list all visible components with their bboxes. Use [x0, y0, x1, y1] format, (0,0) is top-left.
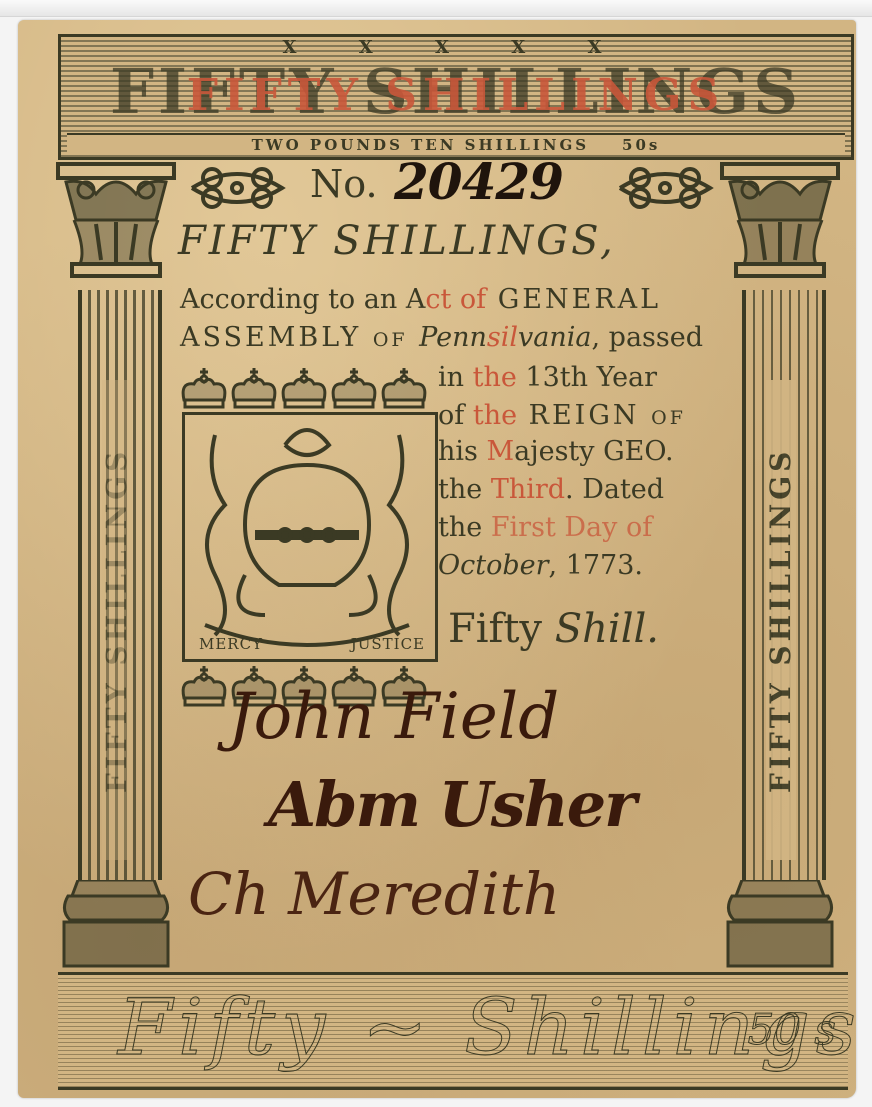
text-line-2: ASSEMBLY of Pennsilvania, passed	[180, 320, 703, 356]
floral-ornament-icon	[182, 160, 292, 215]
text: ajesty GEO.	[514, 436, 673, 467]
right-column: FIFTY SHILLINGS	[720, 160, 840, 980]
red-text: the	[473, 400, 517, 431]
signature-john-field: John Field	[228, 680, 559, 754]
text: of	[438, 400, 473, 431]
text: , 1773.	[549, 550, 643, 581]
coat-of-arms-seal: MERCY JUSTICE	[182, 412, 438, 662]
column-base-icon	[60, 880, 172, 970]
text-line-5: his Majesty GEO.	[438, 434, 674, 470]
red-text: Third	[491, 474, 565, 505]
text: the	[438, 512, 491, 543]
right-column-text: FIFTY SHILLINGS	[766, 380, 796, 860]
text: GENERAL	[486, 284, 661, 315]
text: 13th Year	[517, 362, 657, 393]
corinthian-capital-icon	[720, 160, 840, 280]
banknote: X X X X X FIFTY SHILLINGS FIFTY SHILLING…	[18, 20, 856, 1098]
text: Fifty	[448, 606, 555, 652]
text-line-1: According to an Act of GENERAL	[180, 282, 661, 318]
text-line-6: the Third. Dated	[438, 472, 664, 508]
column-base-icon	[724, 880, 836, 970]
denomination-heading: FIFTY SHILLINGS,	[178, 218, 616, 264]
number-label: No.	[310, 162, 378, 206]
subtitle-value: 50s	[622, 136, 660, 154]
crown-icon	[280, 366, 328, 410]
text-line-3: in the 13th Year	[438, 360, 657, 396]
text: Penn	[419, 322, 487, 353]
text: the	[438, 474, 491, 505]
text-line-7: the First Day of	[438, 510, 652, 546]
motto-justice: JUSTICE	[351, 635, 425, 653]
serial-number: 20429	[394, 152, 563, 211]
text-line-4: of the REIGN of	[438, 398, 686, 434]
text: REIGN of	[517, 400, 686, 431]
left-column-text: FIFTY SHILLINGS	[102, 380, 132, 860]
text: Shill.	[555, 606, 659, 652]
crown-row-top	[180, 366, 430, 412]
red-text: ct of	[425, 284, 486, 315]
red-text: the	[473, 362, 517, 393]
bottom-denomination-band: Fifty ~ Shillings 50 s	[58, 972, 848, 1090]
top-denomination-band: X X X X X FIFTY SHILLINGS FIFTY SHILLING…	[58, 34, 854, 160]
text: his	[438, 436, 486, 467]
crown-icon	[230, 366, 278, 410]
text: , passed	[592, 322, 704, 353]
scales-shield-icon	[185, 415, 429, 653]
text-line-8: October, 1773.	[438, 548, 643, 584]
crown-icon	[330, 366, 378, 410]
motto-mercy: MERCY	[199, 635, 263, 653]
crown-icon	[180, 366, 228, 410]
text: October	[438, 550, 549, 581]
text: . Dated	[565, 474, 664, 505]
red-text: M	[486, 436, 514, 467]
text: in	[438, 362, 473, 393]
left-column: FIFTY SHILLINGS	[56, 160, 176, 980]
crown-icon	[180, 664, 228, 708]
signature-ch-meredith: Ch Meredith	[188, 860, 560, 928]
red-text: sil	[487, 322, 518, 353]
text: ASSEMBLY of	[180, 322, 419, 353]
crown-icon	[380, 366, 428, 410]
signature-abm-usher: Abm Usher	[268, 768, 635, 841]
red-text: First Day of	[491, 512, 652, 543]
scan-top-edge	[0, 0, 872, 17]
denomination-footer: Fifty Shill.	[448, 606, 659, 652]
text: vania	[518, 322, 591, 353]
text: According to an A	[180, 284, 425, 315]
bottom-amount: 50 s	[748, 1005, 836, 1054]
top-band-red-overprint: FIFTY SHILLINGS	[69, 71, 843, 121]
corinthian-capital-icon	[56, 160, 176, 280]
floral-ornament-icon	[610, 160, 720, 215]
